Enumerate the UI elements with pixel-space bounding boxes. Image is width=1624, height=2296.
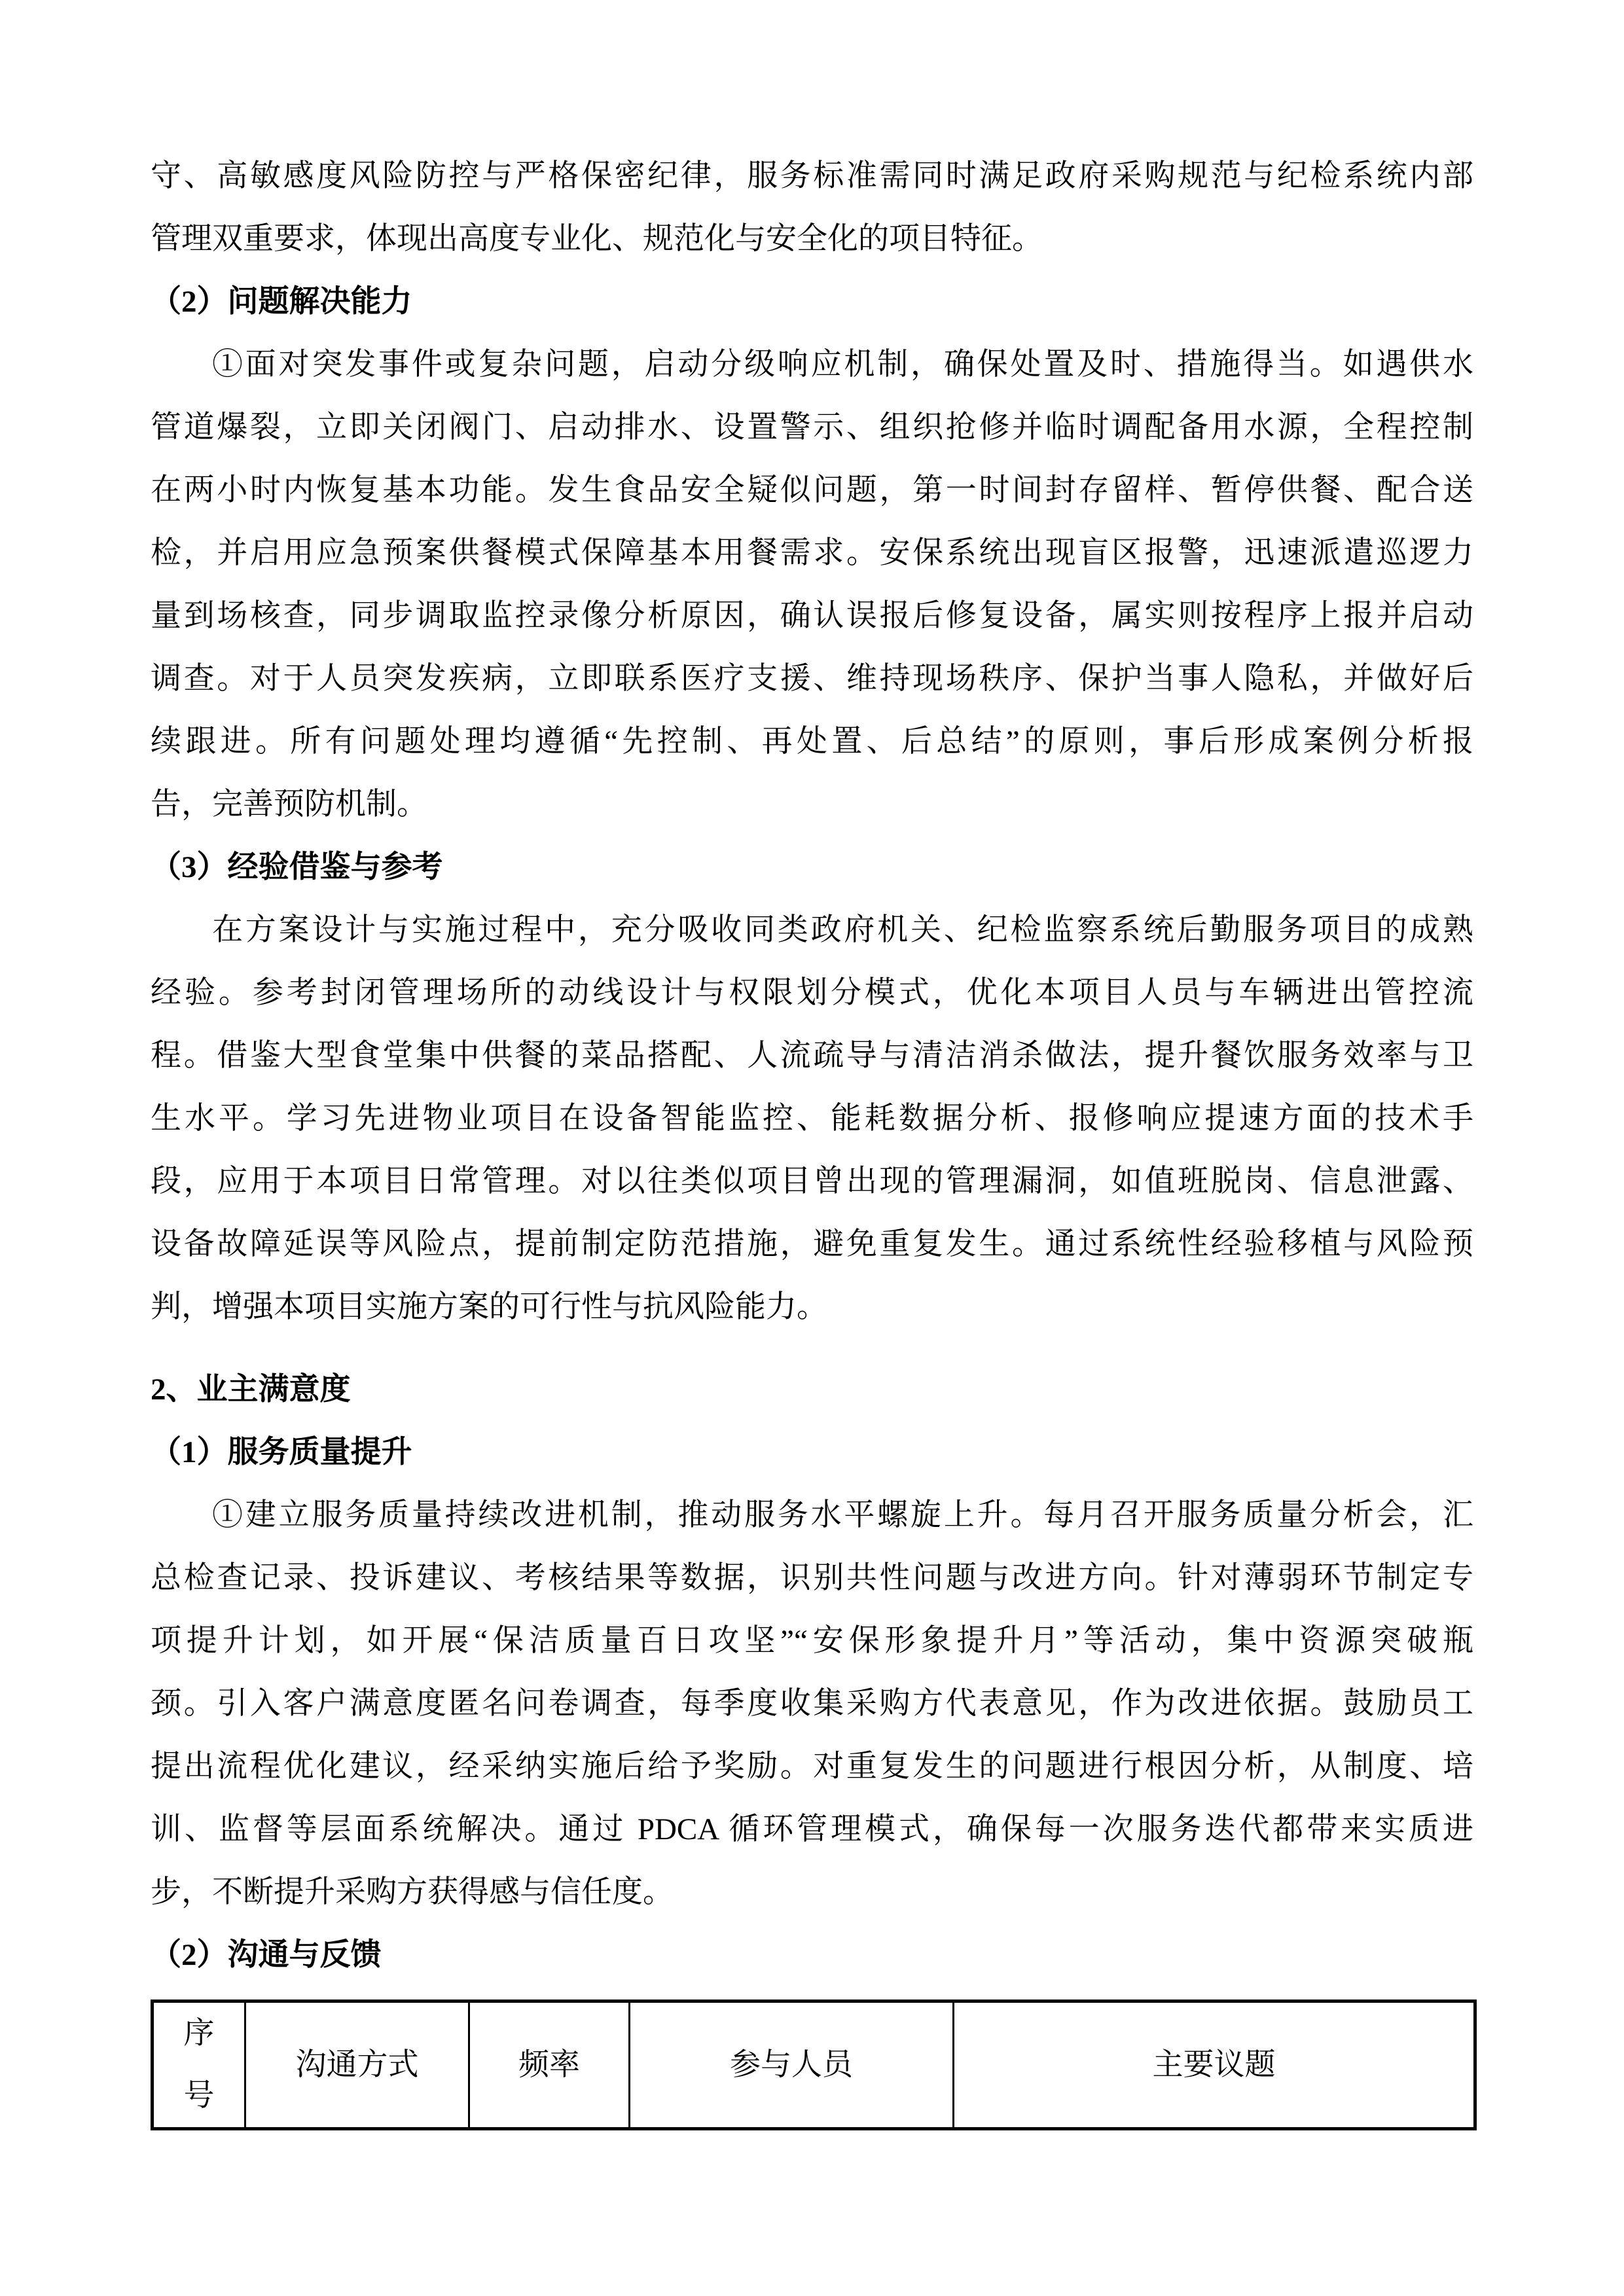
paragraph-first-line: ①面对突发事件或复杂问题，启动分级响应机制，确保处置及时、措施得当。如遇供水 bbox=[151, 333, 1473, 396]
communication-feedback-table: 序号 沟通方式 频率 参与人员 主要议题 bbox=[151, 2000, 1477, 2130]
document-page: 守、高敏感度风险防控与严格保密纪律，服务标准需同时满足政府采购规范与纪检系统内部… bbox=[0, 0, 1624, 2296]
text-line: 生水平。学习先进物业项目在设备智能监控、能耗数据分析、报修响应提速方面的技术手 bbox=[151, 1087, 1473, 1150]
text-blocks: 守、高敏感度风险防控与严格保密纪律，服务标准需同时满足政府采购规范与纪检系统内部… bbox=[151, 145, 1473, 1986]
text-line: 续跟进。所有问题处理均遵循“先控制、再处置、后总结”的原则，事后形成案例分析报 bbox=[151, 710, 1473, 773]
text-line: 训、监督等层面系统解决。通过 PDCA 循环管理模式，确保每一次服务迭代都带来实… bbox=[151, 1798, 1473, 1861]
text-line: 颈。引入客户满意度匿名问卷调查，每季度收集采购方代表意见，作为改进依据。鼓励员工 bbox=[151, 1672, 1473, 1735]
paragraph-last-line: 告，完善预防机制。 bbox=[151, 773, 1473, 836]
table-header-main-topics: 主要议题 bbox=[954, 2001, 1475, 2129]
sub-heading: （3）经验借鉴与参考 bbox=[151, 836, 1473, 899]
table-header-serial-number: 序号 bbox=[153, 2001, 245, 2129]
table-header-row: 序号 沟通方式 频率 参与人员 主要议题 bbox=[153, 2001, 1475, 2129]
sub-heading: （1）服务质量提升 bbox=[151, 1421, 1473, 1484]
paragraph-last-line: 管理双重要求，体现出高度专业化、规范化与安全化的项目特征。 bbox=[151, 207, 1473, 270]
paragraph-last-line: 步，不断提升采购方获得感与信任度。 bbox=[151, 1861, 1473, 1924]
text-line: 量到场核查，同步调取监控录像分析原因，确认误报后修复设备，属实则按程序上报并启动 bbox=[151, 584, 1473, 647]
sub-heading: （2）问题解决能力 bbox=[151, 270, 1473, 333]
table-header-serial-number-label: 序号 bbox=[184, 2003, 215, 2127]
paragraph-first-line: 在方案设计与实施过程中，充分吸收同类政府机关、纪检监察系统后勤服务项目的成熟 bbox=[151, 899, 1473, 961]
text-line: 总检查记录、投诉建议、考核结果等数据，识别共性问题与改进方向。针对薄弱环节制定专 bbox=[151, 1547, 1473, 1609]
text-line: 调查。对于人员突发疾病，立即联系医疗支援、维持现场秩序、保护当事人隐私，并做好后 bbox=[151, 647, 1473, 710]
paragraph-last-line: 判，增强本项目实施方案的可行性与抗风险能力。 bbox=[151, 1276, 1473, 1338]
table-header-participants: 参与人员 bbox=[630, 2001, 954, 2129]
sub-heading: （2）沟通与反馈 bbox=[151, 1924, 1473, 1986]
section-heading: 2、业主满意度 bbox=[151, 1358, 1473, 1421]
table-header-communication-method: 沟通方式 bbox=[245, 2001, 469, 2129]
text-line: 检，并启用应急预案供餐模式保障基本用餐需求。安保系统出现盲区报警，迅速派遣巡逻力 bbox=[151, 522, 1473, 584]
table-header-frequency: 频率 bbox=[469, 2001, 630, 2129]
paragraph-first-line: ①建立服务质量持续改进机制，推动服务水平螺旋上升。每月召开服务质量分析会，汇 bbox=[151, 1484, 1473, 1547]
text-line: 管道爆裂，立即关闭阀门、启动排水、设置警示、组织抢修并临时调配备用水源，全程控制 bbox=[151, 396, 1473, 459]
text-line: 守、高敏感度风险防控与严格保密纪律，服务标准需同时满足政府采购规范与纪检系统内部 bbox=[151, 145, 1473, 207]
text-line: 提出流程优化建议，经采纳实施后给予奖励。对重复发生的问题进行根因分析，从制度、培 bbox=[151, 1735, 1473, 1798]
text-line: 段，应用于本项目日常管理。对以往类似项目曾出现的管理漏洞，如值班脱岗、信息泄露、 bbox=[151, 1150, 1473, 1213]
text-line: 在两小时内恢复基本功能。发生食品安全疑似问题，第一时间封存留样、暂停供餐、配合送 bbox=[151, 459, 1473, 522]
text-line: 项提升计划，如开展“保洁质量百日攻坚”“安保形象提升月”等活动，集中资源突破瓶 bbox=[151, 1609, 1473, 1672]
text-line: 程。借鉴大型食堂集中供餐的菜品搭配、人流疏导与清洁消杀做法，提升餐饮服务效率与卫 bbox=[151, 1024, 1473, 1087]
document-content: 守、高敏感度风险防控与严格保密纪律，服务标准需同时满足政府采购规范与纪检系统内部… bbox=[151, 145, 1473, 2130]
text-line: 设备故障延误等风险点，提前制定防范措施，避免重复发生。通过系统性经验移植与风险预 bbox=[151, 1213, 1473, 1276]
text-line: 经验。参考封闭管理场所的动线设计与权限划分模式，优化本项目人员与车辆进出管控流 bbox=[151, 961, 1473, 1024]
